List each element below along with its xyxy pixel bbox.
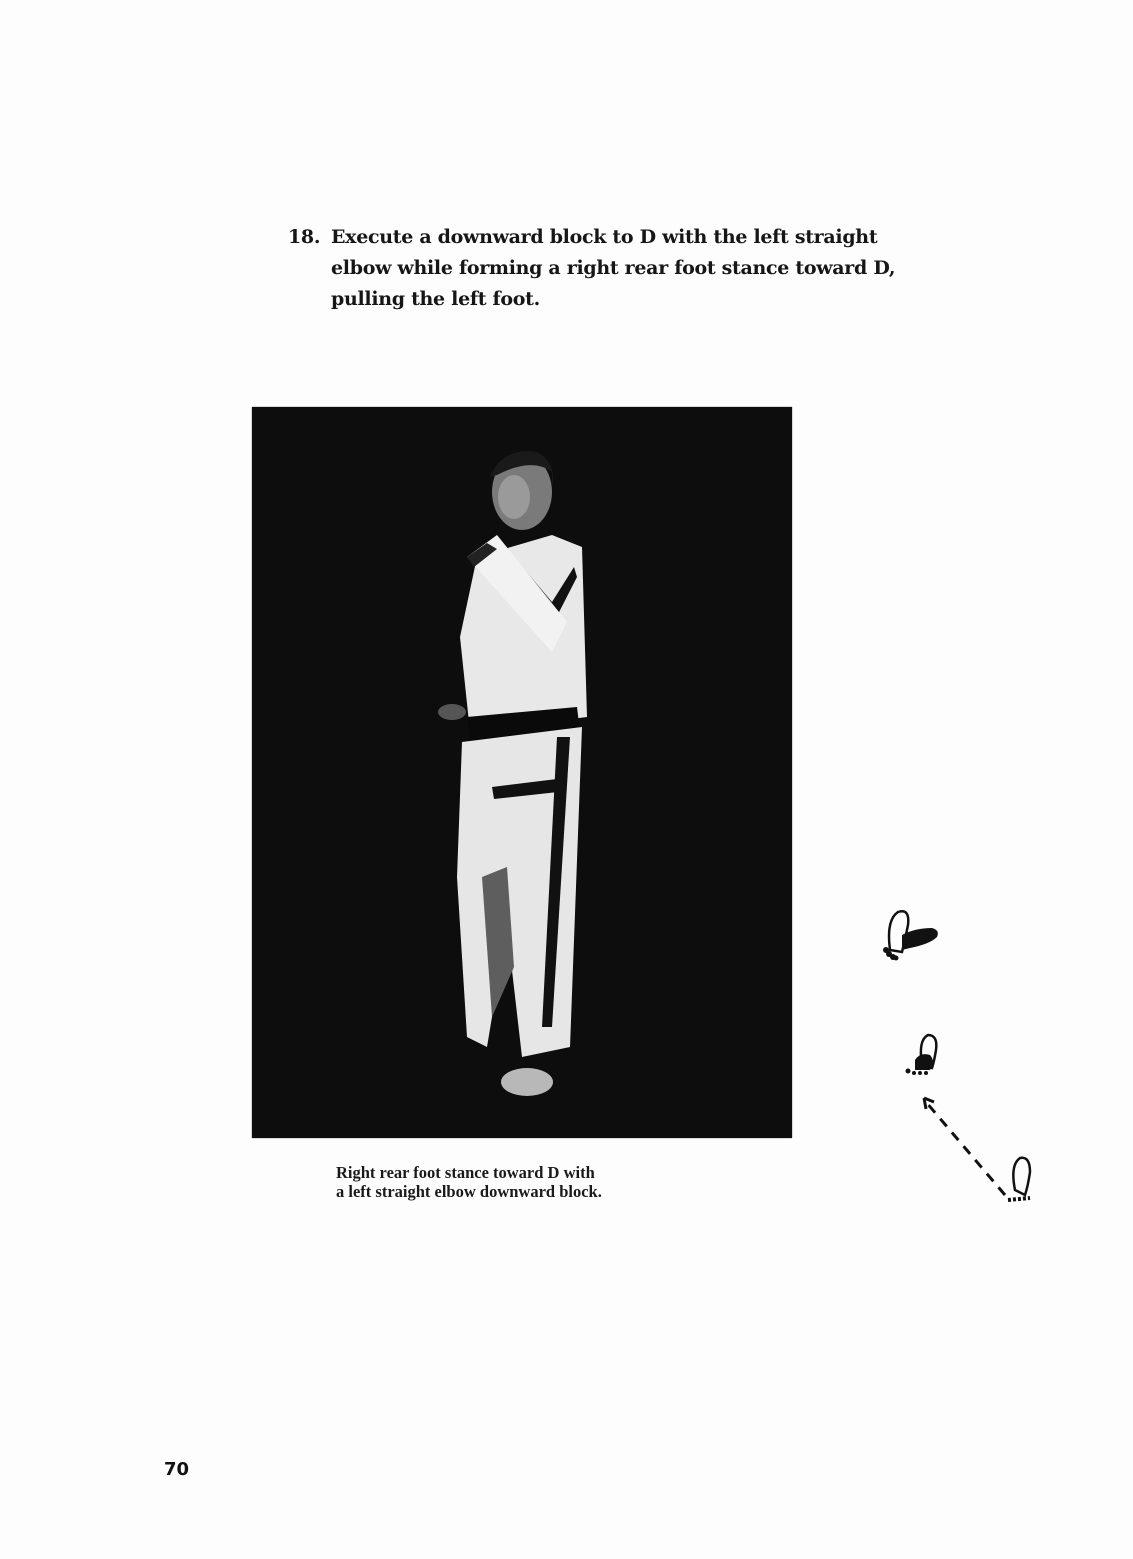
caption-line-2: a left straight elbow downward block. (336, 1182, 736, 1201)
footprint-filled-icon (906, 1035, 937, 1075)
step-number: 18. (288, 222, 320, 253)
footprint-outline-icon (1008, 1158, 1030, 1200)
page-number: 70 (164, 1459, 189, 1480)
dashed-arrow-icon (924, 1098, 1005, 1195)
technique-photo (252, 407, 792, 1138)
step-text: Execute a downward block to D with the l… (331, 222, 928, 315)
footwork-diagram (860, 890, 1050, 1220)
practitioner-figure-icon (252, 407, 792, 1138)
step-instruction: 18. Execute a downward block to D with t… (288, 222, 928, 315)
caption-line-1: Right rear foot stance toward D with (336, 1163, 736, 1182)
footprint-pair-icon (883, 911, 938, 960)
photo-caption: Right rear foot stance toward D with a l… (336, 1163, 736, 1201)
